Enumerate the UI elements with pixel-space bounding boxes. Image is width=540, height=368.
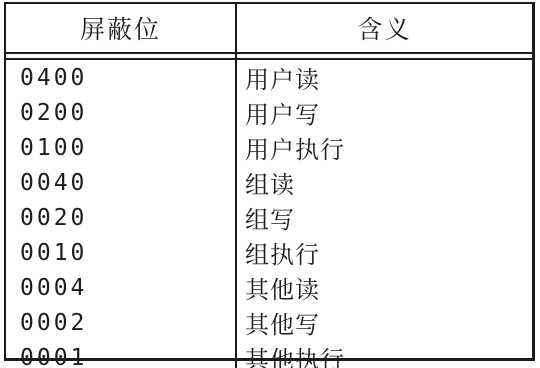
table-row: 0400 用户读 bbox=[6, 60, 532, 95]
permission-mask-table: 屏蔽位 含义 0400 用户读 0200 用户写 0100 用户执行 0040 … bbox=[4, 2, 535, 361]
header-cell-mask: 屏蔽位 bbox=[6, 4, 237, 52]
table-row: 0200 用户写 bbox=[6, 95, 532, 130]
mask-cell: 0020 bbox=[6, 200, 237, 235]
header-cell-meaning: 含义 bbox=[237, 4, 532, 52]
mask-cell: 0200 bbox=[6, 95, 237, 130]
meaning-cell: 其他写 bbox=[237, 305, 532, 340]
table-row: 0100 用户执行 bbox=[6, 130, 532, 165]
meaning-cell: 组读 bbox=[237, 165, 532, 200]
mask-cell: 0400 bbox=[6, 60, 237, 95]
meaning-cell: 其他读 bbox=[237, 270, 532, 305]
mask-cell: 0100 bbox=[6, 130, 237, 165]
meaning-cell: 组写 bbox=[237, 200, 532, 235]
mask-cell: 0002 bbox=[6, 305, 237, 340]
mask-cell: 0010 bbox=[6, 235, 237, 270]
mask-cell: 0040 bbox=[6, 165, 237, 200]
meaning-cell: 用户读 bbox=[237, 60, 532, 95]
gap-cell-right bbox=[237, 54, 532, 58]
meaning-cell: 其他执行 bbox=[237, 340, 532, 368]
table-row: 0010 组执行 bbox=[6, 235, 532, 270]
meaning-cell: 用户执行 bbox=[237, 130, 532, 165]
meaning-cell: 组执行 bbox=[237, 235, 532, 270]
table-header-row: 屏蔽位 含义 bbox=[6, 4, 532, 54]
mask-cell: 0001 bbox=[6, 340, 237, 368]
table-body: 0400 用户读 0200 用户写 0100 用户执行 0040 组读 0020… bbox=[6, 60, 532, 368]
gap-cell-left bbox=[6, 54, 237, 58]
table-row: 0004 其他读 bbox=[6, 270, 532, 305]
mask-cell: 0004 bbox=[6, 270, 237, 305]
table-row: 0002 其他写 bbox=[6, 305, 532, 340]
table-row: 0040 组读 bbox=[6, 165, 532, 200]
table-row: 0020 组写 bbox=[6, 200, 532, 235]
scanned-document-page: 屏蔽位 含义 0400 用户读 0200 用户写 0100 用户执行 0040 … bbox=[0, 0, 540, 368]
table-row: 0001 其他执行 bbox=[6, 340, 532, 368]
meaning-cell: 用户写 bbox=[237, 95, 532, 130]
